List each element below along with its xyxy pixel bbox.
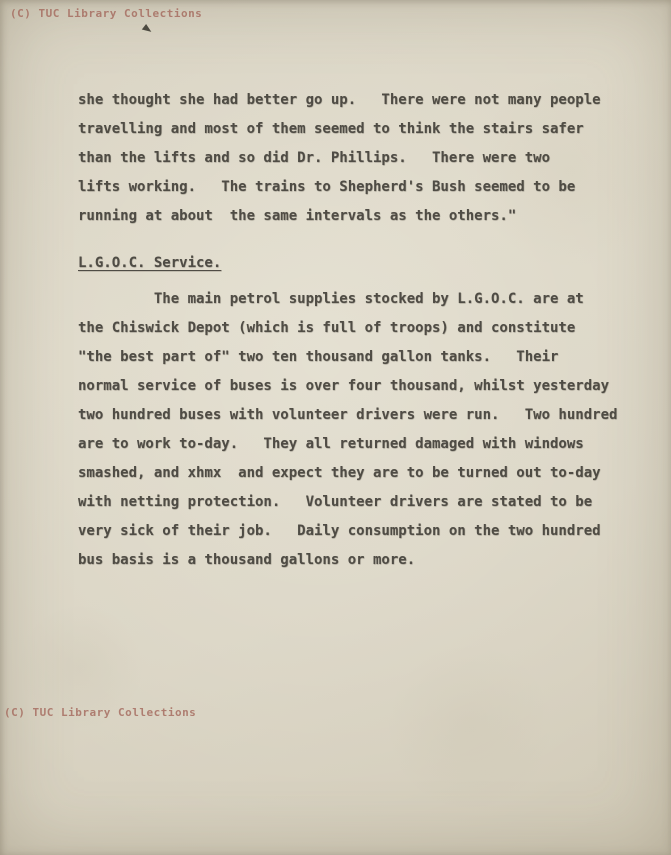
library-watermark-bottom: (C) TUC Library Collections (4, 706, 196, 719)
text-line: she thought she had better go up. There … (78, 86, 638, 115)
text-line: running at about the same intervals as t… (78, 202, 638, 231)
ink-mark (142, 24, 153, 35)
text-line: bus basis is a thousand gallons or more. (78, 546, 638, 575)
text-line: "the best part of" two ten thousand gall… (78, 343, 638, 372)
scanned-page: (C) TUC Library Collections she thought … (0, 0, 671, 855)
typewritten-text: she thought she had better go up. There … (78, 86, 638, 575)
library-watermark-top: (C) TUC Library Collections (10, 7, 202, 20)
paragraph-lgoc-service: The main petrol supplies stocked by L.G.… (78, 285, 638, 575)
text-line: lifts working. The trains to Shepherd's … (78, 173, 638, 202)
text-line: very sick of their job. Daily consumptio… (78, 517, 638, 546)
text-line: travelling and most of them seemed to th… (78, 115, 638, 144)
text-line: are to work to-day. They all returned da… (78, 430, 638, 459)
text-line: than the lifts and so did Dr. Phillips. … (78, 144, 638, 173)
text-line: The main petrol supplies stocked by L.G.… (78, 285, 638, 314)
text-line: smashed, and xhmx and expect they are to… (78, 459, 638, 488)
text-line: normal service of buses is over four tho… (78, 372, 638, 401)
section-heading-row: L.G.O.C. Service. (78, 249, 638, 278)
text-line: with netting protection. Volunteer drive… (78, 488, 638, 517)
text-line: the Chiswick Depot (which is full of tro… (78, 314, 638, 343)
text-line: two hundred buses with volunteer drivers… (78, 401, 638, 430)
paragraph-continuation: she thought she had better go up. There … (78, 86, 638, 231)
section-heading: L.G.O.C. Service. (78, 255, 221, 271)
